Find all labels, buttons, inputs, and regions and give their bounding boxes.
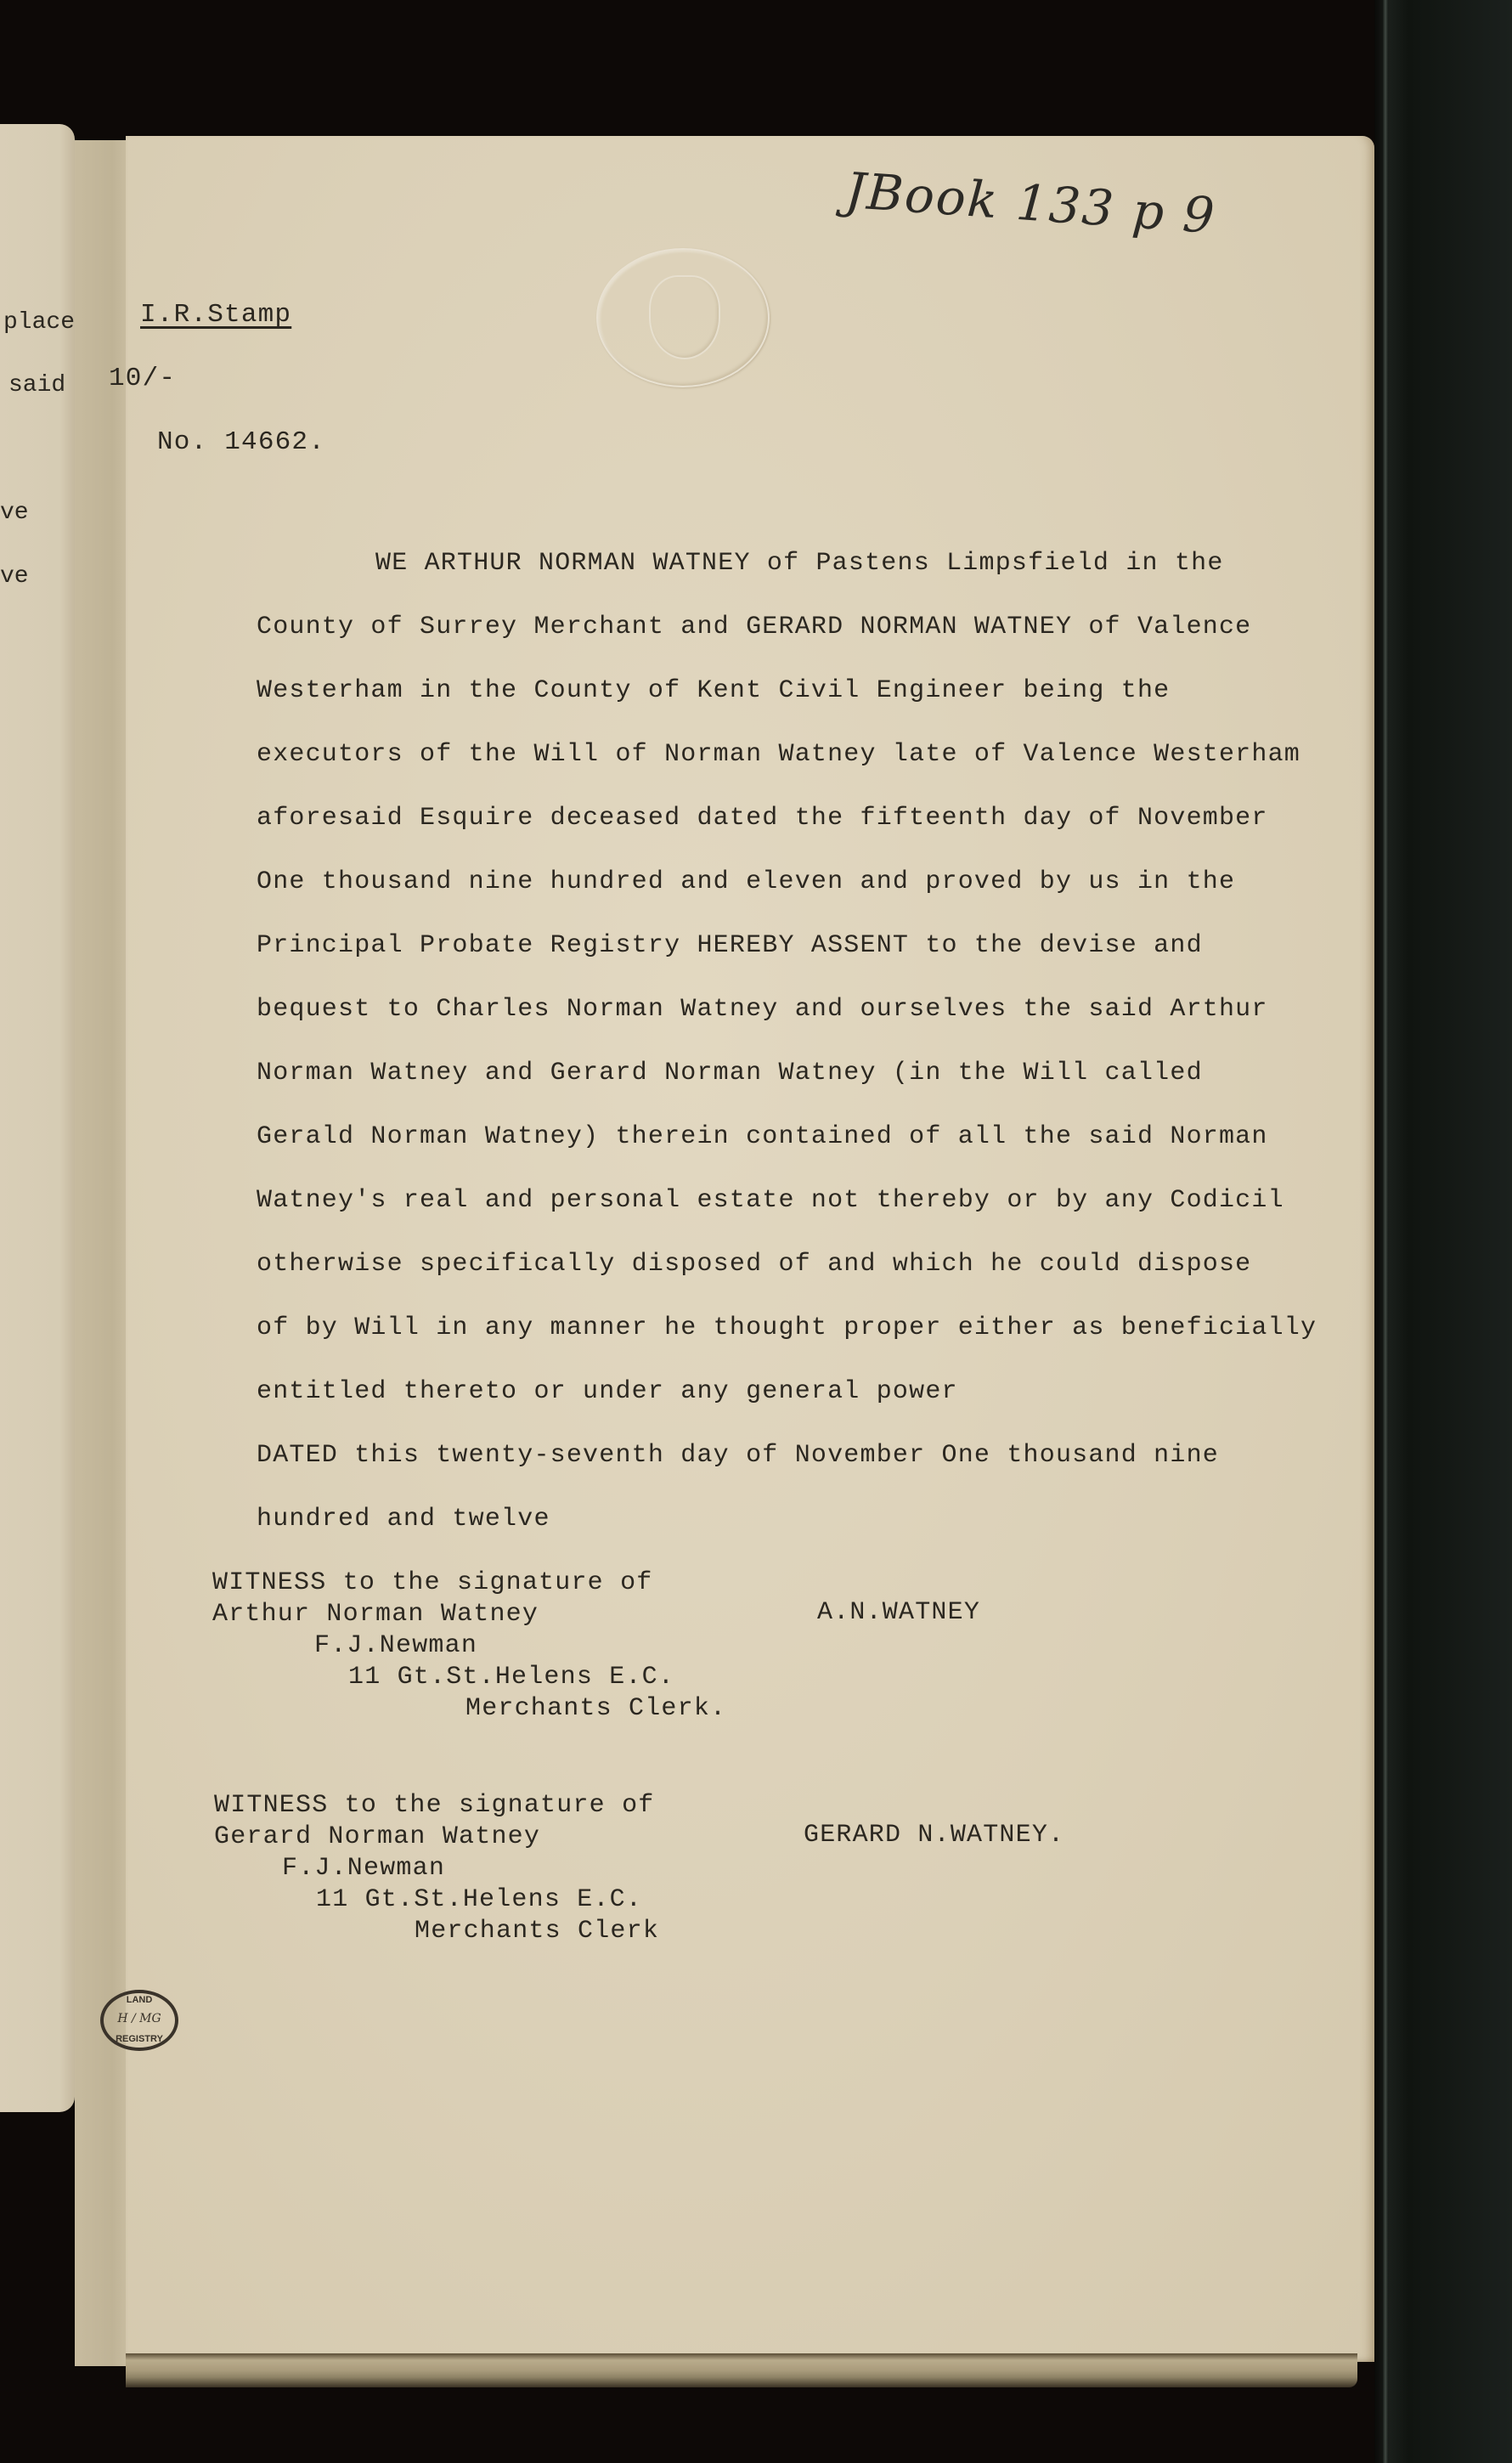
body-line: aforesaid Esquire deceased dated the fif… [257, 805, 1268, 831]
body-line: bequest to Charles Norman Watney and our… [257, 997, 1268, 1022]
witness-of-name: Gerard Norman Watney [214, 1824, 540, 1850]
binding-edge [1383, 0, 1388, 2463]
stamp-initials: H / MG [104, 2012, 175, 2025]
stamp-top-text: LAND [104, 1995, 175, 2005]
witness-address: 11 Gt.St.Helens E.C. [348, 1664, 674, 1690]
witness-heading: WITNESS to the signature of [214, 1793, 654, 1818]
dated-line: hundred and twelve [257, 1506, 550, 1532]
witness-address: 11 Gt.St.Helens E.C. [316, 1887, 642, 1912]
body-line: Watney's real and personal estate not th… [257, 1188, 1284, 1213]
left-page-fragment: said [8, 372, 65, 398]
page-stack-edge [126, 2353, 1357, 2387]
witness-of-name: Arthur Norman Watney [212, 1602, 539, 1627]
body-line: entitled thereto or under any general po… [257, 1379, 958, 1404]
land-registry-stamp-icon: LAND H / MG REGISTRY [100, 1990, 178, 2051]
left-page-fragment: place [3, 309, 75, 336]
witness-name: F.J.Newman [282, 1856, 445, 1881]
body-line: Principal Probate Registry HEREBY ASSENT… [257, 933, 1203, 958]
body-line: Westerham in the County of Kent Civil En… [257, 678, 1170, 703]
embossed-seal-icon [596, 248, 770, 387]
body-line: County of Surrey Merchant and GERARD NOR… [257, 614, 1251, 640]
stamp-amount: 10/- [109, 365, 176, 392]
body-line: executors of the Will of Norman Watney l… [257, 742, 1300, 767]
book-binding [1374, 0, 1512, 2463]
signature-gerard-watney: GERARD N.WATNEY. [804, 1822, 1064, 1848]
signature-an-watney: A.N.WATNEY [817, 1600, 980, 1625]
stamp-bottom-text: REGISTRY [104, 2034, 175, 2044]
witness-name: F.J.Newman [314, 1633, 477, 1658]
left-page-fragment: ve [0, 500, 29, 526]
body-line: Norman Watney and Gerard Norman Watney (… [257, 1060, 1203, 1086]
body-line: otherwise specifically disposed of and w… [257, 1251, 1251, 1277]
left-page-fragment: ve [0, 563, 29, 590]
body-line: Gerald Norman Watney) therein contained … [257, 1124, 1268, 1150]
witness-occupation: Merchants Clerk. [465, 1696, 726, 1721]
body-line: WE ARTHUR NORMAN WATNEY of Pastens Limps… [375, 551, 1224, 576]
witness-heading: WITNESS to the signature of [212, 1570, 652, 1596]
coat-of-arms-icon [649, 275, 720, 359]
body-line: of by Will in any manner he thought prop… [257, 1315, 1317, 1341]
ir-stamp-label: I.R.Stamp [140, 302, 291, 328]
document-number: No. 14662. [157, 429, 325, 455]
document-page [126, 136, 1374, 2362]
witness-occupation: Merchants Clerk [415, 1918, 659, 1944]
dated-line: DATED this twenty-seventh day of Novembe… [257, 1443, 1219, 1468]
body-line: One thousand nine hundred and eleven and… [257, 869, 1235, 895]
left-facing-page [0, 124, 75, 2112]
